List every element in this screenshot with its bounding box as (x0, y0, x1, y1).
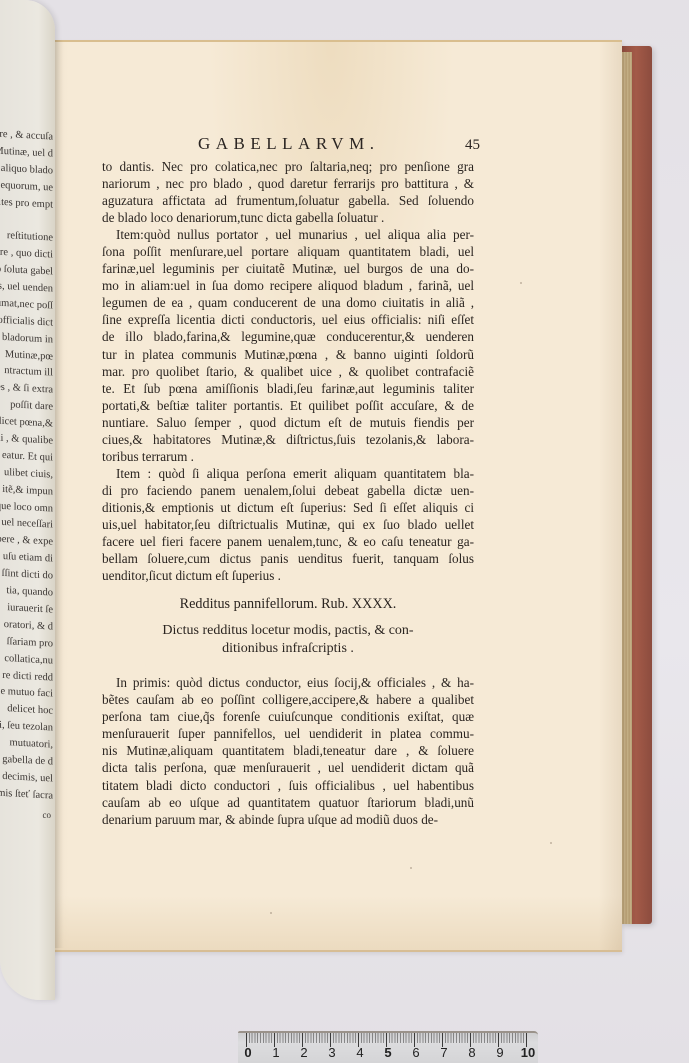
text-line: aguzatura affictata ad frumentum,ſoluatu… (102, 192, 474, 209)
verso-line-fragment: s equorum, ue (0, 177, 53, 197)
text-line: denarium paruum mar, & abinde ſupra uſqu… (102, 811, 474, 828)
rubric-heading: Redditus pannifellorum. Rub. XXXX. (102, 596, 474, 613)
text-line: mar. pro quolibet ſtario, & qualibet uic… (102, 363, 474, 380)
text-line: de blado loco denariorum,tunc dicta gabe… (102, 209, 474, 226)
text-line: te. Et ſub pœna amiſſionis bladi,ſeu far… (102, 380, 474, 397)
text-line: de illo blado,farina,& legumine,quæ cond… (102, 328, 474, 345)
verso-page: re , & accuſaMutinæ, uel daliquo blados … (0, 0, 55, 1000)
main-text-block: to dantis. Nec pro colatica,nec pro ſalt… (102, 158, 474, 828)
ruler-label: 7 (440, 1045, 447, 1060)
verso-line-fragment: imis ſteť ſacra (0, 785, 53, 805)
text-line: nis Mutinæ,aliquam quantitatem bladi,ten… (102, 742, 474, 759)
scale-ruler: 012345678910 (238, 1031, 538, 1063)
verso-line-fragment: es , & ſi extra (0, 380, 53, 400)
paragraphs: to dantis. Nec pro colatica,nec pro ſalt… (102, 158, 474, 584)
page-header: GABELLARVM. 45 (100, 134, 472, 154)
text-line: di pro faciendo panem uenalem,ſolui debe… (102, 482, 474, 499)
text-line: ditionis,& emptionis ut dictum eſt ſuper… (102, 499, 474, 516)
text-line: ciues,& habitatores Mutinæ,& diſtrictus,… (102, 431, 474, 448)
text-line: perſona tam ciue,q̃s forenſe cuiuſcunque… (102, 708, 474, 725)
ruler-label: 10 (521, 1045, 535, 1060)
text-line: ſine expreſſa licentia dicti conductoris… (102, 311, 474, 328)
verso-line-fragment: ſſariam pro (0, 633, 53, 653)
ruler-label: 0 (244, 1045, 251, 1060)
text-line: portati,& beſtiæ taliter portantis. Et q… (102, 397, 474, 414)
text-line: nariorum , nec pro blado , quod daretur … (102, 175, 474, 192)
ruler-label: 6 (412, 1045, 419, 1060)
verso-text-fragments: re , & accuſaMutinæ, uel daliquo blados … (0, 126, 53, 805)
verso-line-fragment: itẽ,& impun (0, 481, 53, 501)
text-line: Item:quòd nullus portator , uel munarius… (102, 226, 474, 243)
ruler-label: 9 (496, 1045, 503, 1060)
verso-line-fragment: ri, ſeu tezolan (0, 718, 53, 738)
ruler-label: 8 (468, 1045, 475, 1060)
page-number: 45 (465, 137, 480, 154)
text-line: uenditor,ſicut dictum eſt ſuperius . (102, 567, 474, 584)
text-line: mo in aliam:uel in ſua domo recipere ali… (102, 277, 474, 294)
verso-line-fragment: collatica,nu (0, 650, 53, 670)
text-line: dicta talis perſona, quæ menſurauerit , … (102, 759, 474, 776)
sub-rubric-line: Dictus redditus locetur modis, pactis, &… (102, 622, 474, 640)
ruler-label: 2 (300, 1045, 307, 1060)
text-line: facere uel fieri facere panem uenalem,tu… (102, 533, 474, 550)
ruler-label: 3 (328, 1045, 335, 1060)
verso-line-fragment: ites pro empt (0, 194, 53, 214)
text-line: cauſam ab eo uſque ad quantitatem quatuo… (102, 794, 474, 811)
ruler-label: 1 (272, 1045, 279, 1060)
text-line: farinæ,uel leguminis per ciuitatẽ Mutinæ… (102, 260, 474, 277)
running-head: GABELLARVM. (198, 134, 379, 154)
text-line: tur in platea communis Mutinæ,pœna , & b… (102, 346, 474, 363)
text-line: titatem bladi dicto conductori , ſuis of… (102, 777, 474, 794)
ruler-label: 5 (384, 1045, 391, 1060)
signature-mark: co (43, 810, 52, 820)
rubric-subheading: Dictus redditus locetur modis, pactis, &… (102, 622, 474, 658)
text-line: uis,uel habitator,ſeu diſtrictualis Muti… (102, 516, 474, 533)
text-line: toribus terrarum . (102, 448, 474, 465)
text-line: legumen de ea , quam conducerent de una … (102, 294, 474, 311)
text-line: menſurauerit ſuper pannifellos, uel uend… (102, 725, 474, 742)
text-line: to dantis. Nec pro colatica,nec pro ſalt… (102, 158, 474, 175)
text-line: ſona poſſit menſurare,uel portare aliqua… (102, 243, 474, 260)
verso-line-fragment: bladorum in (0, 329, 53, 349)
text-line: In primis: quòd dictus conductor, eius ſ… (102, 674, 474, 691)
text-line: nuntiare. Saluo ſemper , quod dictum eſt… (102, 414, 474, 431)
text-line: bellam ſoluere,cum dictus panis uenditus… (102, 550, 474, 567)
final-paragraph: In primis: quòd dictus conductor, eius ſ… (102, 674, 474, 827)
ruler-label: 4 (356, 1045, 363, 1060)
text-line: bẽtes cauſam ab eo poſſint colligere,acc… (102, 691, 474, 708)
sub-rubric-line: ditionibus infraſcriptis . (102, 640, 474, 658)
ruler-labels: 012345678910 (238, 1045, 538, 1063)
text-line: Item : quòd ſi aliqua perſona emerit ali… (102, 465, 474, 482)
